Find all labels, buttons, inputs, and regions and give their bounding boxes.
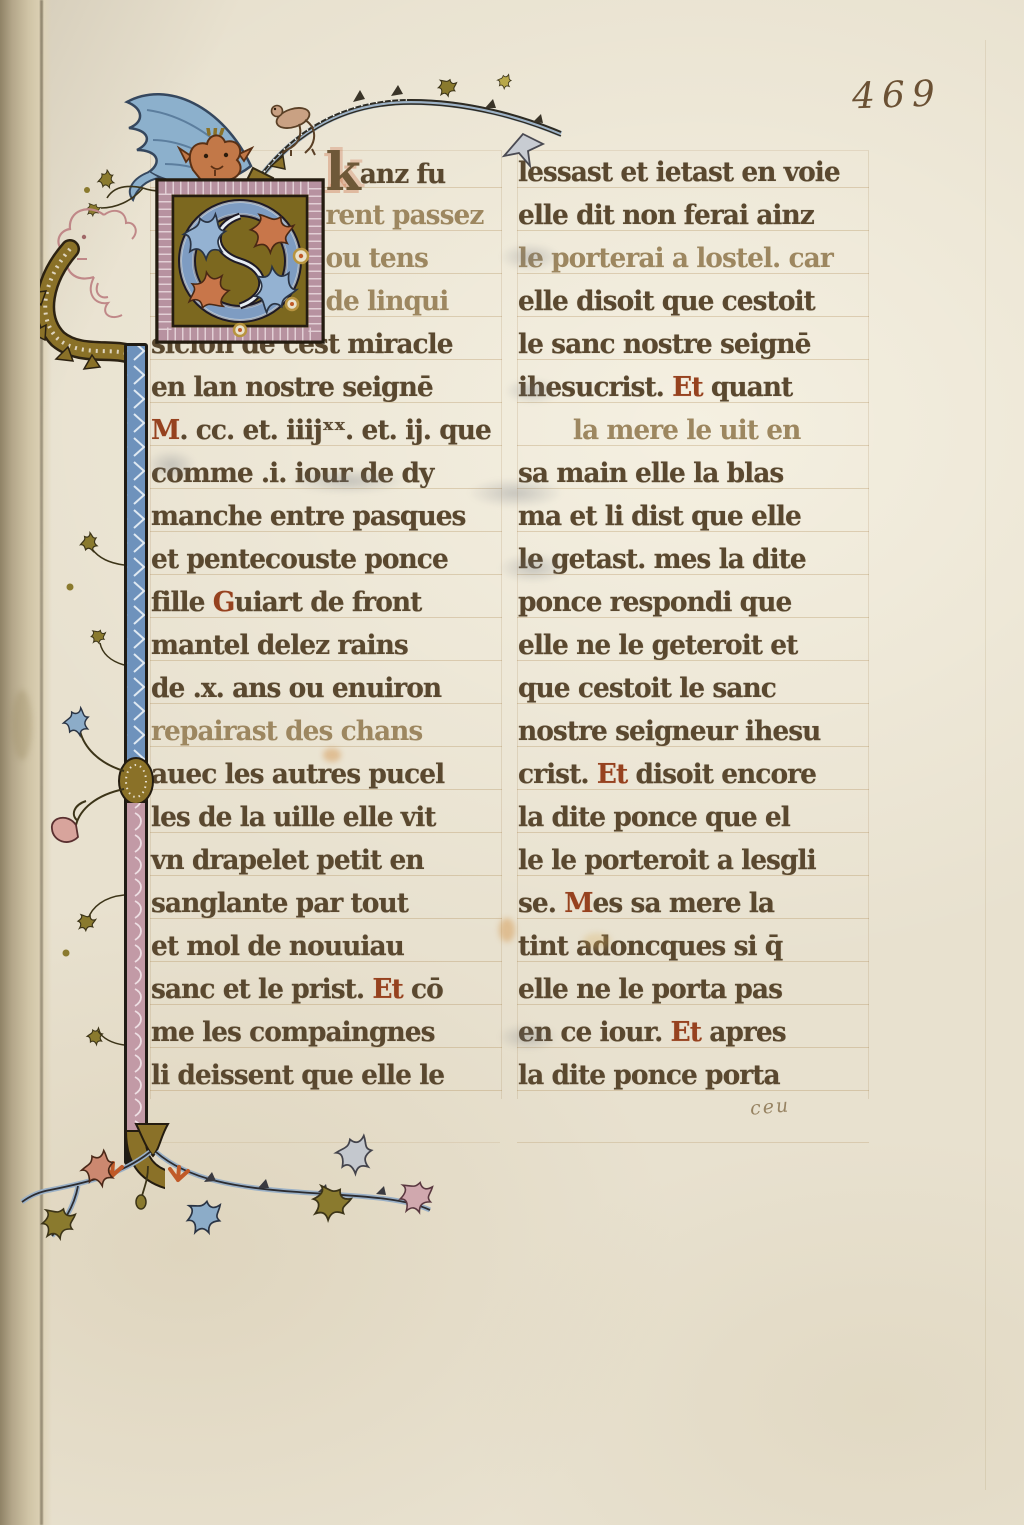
stain — [583, 933, 611, 949]
text-line: repairast des chans — [151, 710, 494, 753]
text-line: elle ne le geteroit et — [518, 624, 861, 667]
show-through — [468, 478, 563, 508]
left-border-bar — [40, 195, 165, 1275]
ruling-line — [517, 1142, 869, 1143]
stain — [12, 690, 32, 760]
maple-leaf-icon — [38, 1134, 435, 1243]
folio-number: 469 — [851, 72, 992, 118]
text-line: le le porteroit a lesgli — [518, 839, 861, 882]
show-through — [288, 468, 408, 494]
text-line: en ce iour. Et apres — [518, 1011, 861, 1054]
text-line: de .x. ans ou enuiron — [151, 667, 494, 710]
text-line: elle disoit que cestoit — [518, 280, 861, 323]
text-line: et pentecouste ponce — [151, 538, 494, 581]
text-line: tint adoncques si q̄ — [518, 925, 861, 968]
text-line: sanglante par tout — [151, 882, 494, 925]
text-line: elle ne le porta pas — [518, 968, 861, 1011]
stain — [323, 748, 341, 762]
text-line: le getast. mes la dite — [518, 538, 861, 581]
text-line: le sanc nostre seignē — [518, 323, 861, 366]
show-through — [505, 378, 560, 404]
text-line: manche entre pasques — [151, 495, 494, 538]
margin-ruling — [985, 40, 986, 1490]
text-line: se. Mes sa mere la — [518, 882, 861, 925]
cursive-annotation: ceu — [749, 1094, 791, 1119]
text-line: ma et li dist que elle — [518, 495, 861, 538]
ivy-leaf-icon — [63, 532, 125, 1047]
rubricated-letter: Et — [671, 1017, 701, 1048]
rubricated-letter: M — [564, 888, 592, 919]
text-line: crist. Et disoit encore — [518, 753, 861, 796]
text-line: la dite ponce porta — [518, 1054, 861, 1097]
text-line: auec les autres pucel — [151, 753, 494, 796]
text-line: sanc et le prist. Et cō — [151, 968, 494, 1011]
text-line: me les compaingnes — [151, 1011, 494, 1054]
text-line: la dite ponce que el — [518, 796, 861, 839]
text-line: M. cc. et. iiijˣˣ. et. ij. que — [151, 409, 494, 452]
text-line: le porterai a lostel. car — [518, 237, 861, 280]
text-line: mantel delez rains — [151, 624, 494, 667]
stain — [499, 918, 515, 942]
text-line: sa main elle la blas — [518, 452, 861, 495]
rubricated-letter: Et — [672, 372, 702, 403]
ivy-leaf-icon — [52, 706, 124, 842]
text-line: en lan nostre seignē — [151, 366, 494, 409]
text-line: li deissent que elle le — [151, 1054, 494, 1097]
show-through — [498, 1023, 558, 1051]
show-through — [500, 243, 560, 271]
show-through — [498, 553, 568, 583]
bottom-border-vine — [8, 1122, 453, 1282]
text-column-2: lessast et ietast en voieelle dit non fe… — [517, 150, 869, 1099]
text-line: vn drapelet petit en — [151, 839, 494, 882]
text-line: ihesucrist. Et quant — [518, 366, 861, 409]
text-line: ponce respondi que — [518, 581, 861, 624]
text-line: les de la uille elle vit — [151, 796, 494, 839]
text-line: fille Guiart de front — [151, 581, 494, 624]
text-line: et mol de nouuiau — [151, 925, 494, 968]
text-line: que cestoit le sanc — [518, 667, 861, 710]
rubricated-letter: Et — [597, 759, 627, 790]
rubricated-letter: G — [213, 587, 235, 618]
manuscript-page: { "page": { "folio_number": "469", "anno… — [0, 0, 1024, 1525]
stag-head-icon — [179, 128, 252, 180]
rubricated-letter: Et — [372, 974, 402, 1005]
text-line: la mere le uit en — [518, 409, 861, 452]
illuminated-initial — [143, 128, 338, 356]
text-line: nostre seigneur ihesu — [518, 710, 861, 753]
